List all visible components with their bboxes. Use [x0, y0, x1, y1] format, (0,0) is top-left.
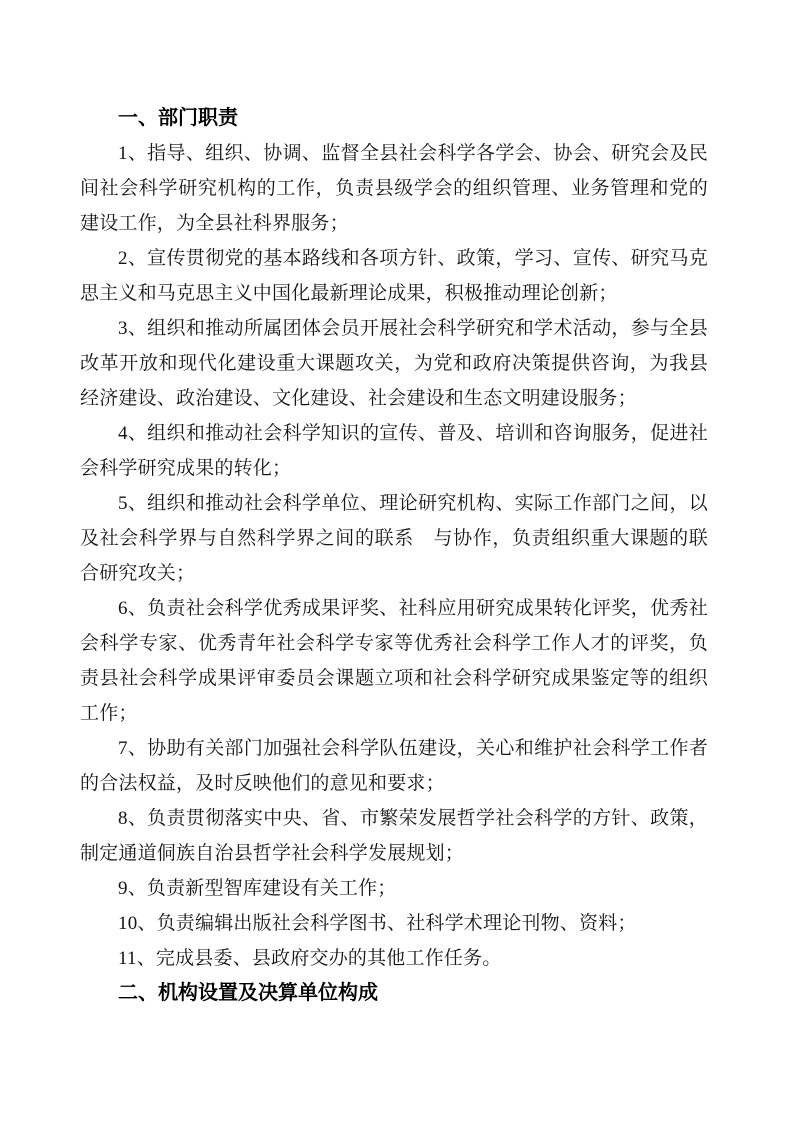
duty-item-5: 5、组织和推动社会科学单位、理论研究机构、实际工作部门之间，以及社会科学界与自然… [80, 486, 708, 591]
document-page: 一、部门职责 1、指导、组织、协调、监督全县社会科学各学会、协会、研究会及民间社… [0, 0, 793, 1122]
document-body: 一、部门职责 1、指导、组织、协调、监督全县社会科学各学会、协会、研究会及民间社… [80, 101, 708, 1011]
duty-item-8: 8、负责贯彻落实中央、省、市繁荣发展哲学社会科学的方针、政策，制定通道侗族自治县… [80, 801, 708, 871]
section-2-heading: 二、机构设置及决算单位构成 [80, 976, 708, 1011]
duty-item-9: 9、负责新型智库建设有关工作； [80, 871, 708, 906]
duty-item-6: 6、负责社会科学优秀成果评奖、社科应用研究成果转化评奖，优秀社会科学专家、优秀青… [80, 591, 708, 731]
duty-item-3: 3、组织和推动所属团体会员开展社会科学研究和学术活动，参与全县改革开放和现代化建… [80, 311, 708, 416]
duty-item-4: 4、组织和推动社会科学知识的宣传、普及、培训和咨询服务，促进社会科学研究成果的转… [80, 416, 708, 486]
duty-item-1: 1、指导、组织、协调、监督全县社会科学各学会、协会、研究会及民间社会科学研究机构… [80, 136, 708, 241]
duty-item-7: 7、协助有关部门加强社会科学队伍建设，关心和维护社会科学工作者的合法权益，及时反… [80, 731, 708, 801]
duty-item-11: 11、完成县委、县政府交办的其他工作任务。 [80, 941, 708, 976]
duty-item-10: 10、负责编辑出版社会科学图书、社科学术理论刊物、资料； [80, 906, 708, 941]
duty-item-2: 2、宣传贯彻党的基本路线和各项方针、政策，学习、宣传、研究马克思主义和马克思主义… [80, 241, 708, 311]
section-1-heading: 一、部门职责 [80, 101, 708, 136]
